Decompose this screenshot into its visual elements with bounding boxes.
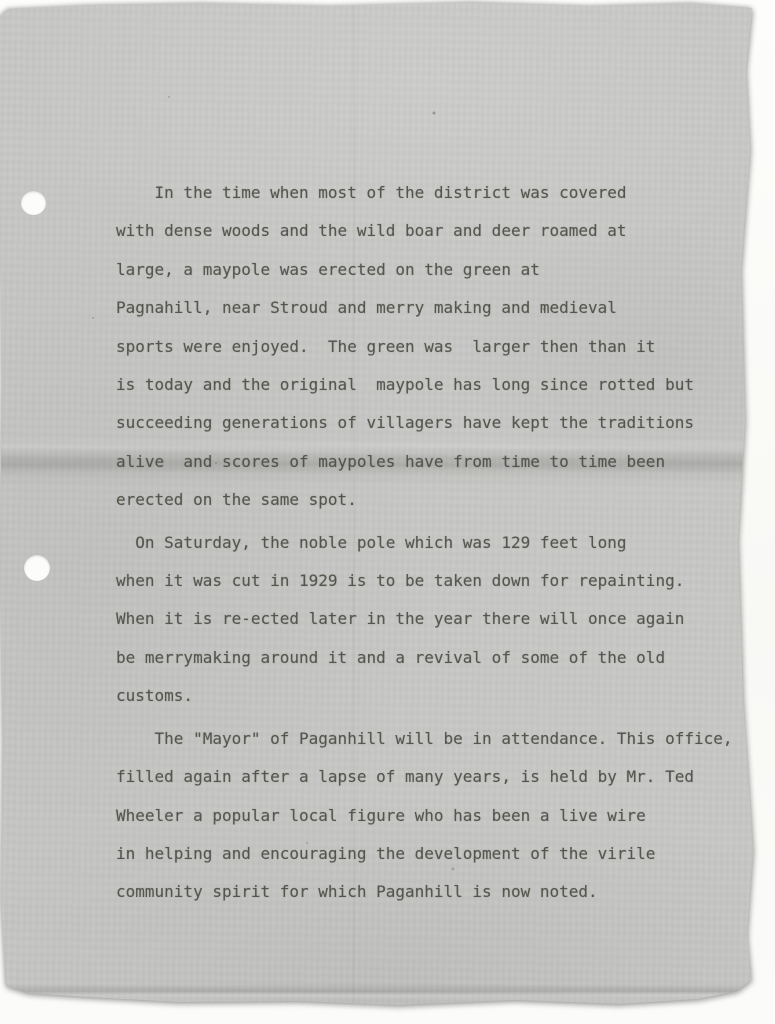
text-line: On Saturday, the noble pole which was 12… — [116, 524, 736, 562]
text-line: sports were enjoyed. The green was large… — [116, 328, 736, 366]
punch-hole-bottom — [24, 555, 50, 581]
text-line: alive and scores of maypoles have from t… — [116, 443, 736, 481]
typed-text-block: In the time when most of the district wa… — [116, 174, 736, 912]
text-line: large, a maypole was erected on the gree… — [116, 251, 736, 289]
text-line: In the time when most of the district wa… — [116, 174, 736, 212]
scan-background: In the time when most of the district wa… — [0, 0, 775, 1024]
paper-specks — [0, 0, 2, 2]
text-line: be merrymaking around it and a revival o… — [116, 639, 736, 677]
paper-surface: In the time when most of the district wa… — [0, 0, 775, 1024]
text-line: customs. — [116, 677, 736, 715]
text-line: The "Mayor" of Paganhill will be in atte… — [116, 720, 736, 758]
text-line: erected on the same spot. — [116, 481, 736, 519]
text-line: with dense woods and the wild boar and d… — [116, 212, 736, 250]
text-line: community spirit for which Paganhill is … — [116, 873, 736, 911]
text-line: filled again after a lapse of many years… — [116, 758, 736, 796]
text-line: Pagnahill, near Stroud and merry making … — [116, 289, 736, 327]
paragraph: In the time when most of the district wa… — [116, 174, 736, 520]
text-line: when it was cut in 1929 is to be taken d… — [116, 562, 736, 600]
text-line: When it is re-ected later in the year th… — [116, 600, 736, 638]
text-line: Wheeler a popular local figure who has b… — [116, 797, 736, 835]
paragraph: The "Mayor" of Paganhill will be in atte… — [116, 720, 736, 912]
paper-sheet: In the time when most of the district wa… — [0, 0, 775, 1024]
text-line: succeeding generations of villagers have… — [116, 404, 736, 442]
text-line: is today and the original maypole has lo… — [116, 366, 736, 404]
paragraph: On Saturday, the noble pole which was 12… — [116, 524, 736, 716]
punch-hole-top — [21, 191, 46, 215]
text-line: in helping and encouraging the developme… — [116, 835, 736, 873]
